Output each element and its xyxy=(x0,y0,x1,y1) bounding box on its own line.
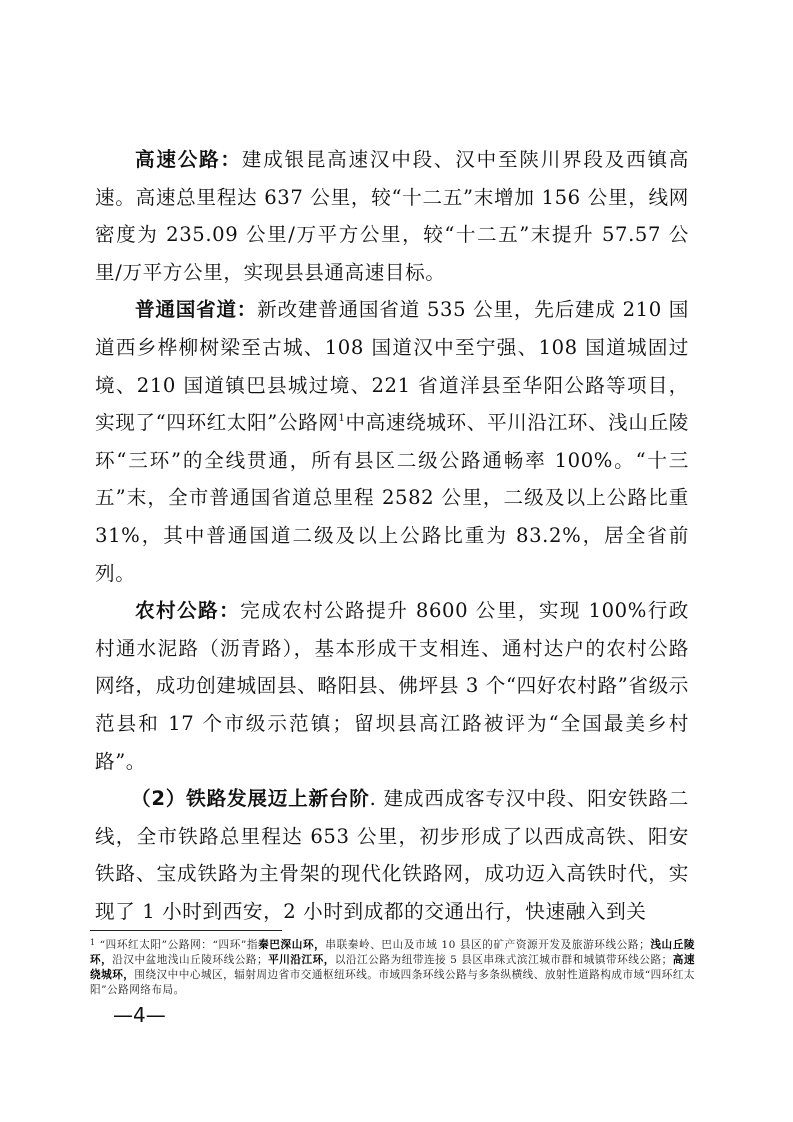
footnote-reference[interactable]: 1 xyxy=(339,413,346,424)
text-roads-part2: 中高速绕城环、平川沿江环、浅山丘陵环“三环”的全线贯通，所有县区二级公路通畅率 … xyxy=(95,411,689,584)
footnote: 1“四环红太阳”公路网：“四环”指秦巴深山环，串联秦岭、巴山及市域 10 县区的… xyxy=(90,935,695,998)
heading-national-provincial-roads: 普通国省道： xyxy=(135,298,257,321)
document-body: 高速公路：建成银昆高速汉中段、汉中至陕川界段及西镇高速。高速总里程达 637 公… xyxy=(95,141,689,930)
page-number: —4— xyxy=(113,1003,166,1027)
heading-expressway: 高速公路： xyxy=(135,148,242,171)
footnote-term-qinba: 秦巴深山环， xyxy=(258,939,325,951)
heading-rural-roads: 农村公路： xyxy=(135,599,240,622)
footnote-term-river: 平川沿江环， xyxy=(268,954,335,966)
text-rural-roads: 完成农村公路提升 8600 公里，实现 100%行政村通水泥路（沥青路），基本形… xyxy=(95,599,689,772)
footnote-text-3: 沿汉中盆地浅山丘陵环线公路； xyxy=(112,954,268,966)
footnote-text-1: “四环红太阳”公路网：“四环”指 xyxy=(100,939,259,951)
heading-railway: （2）铁路发展迈上新台阶 xyxy=(131,787,370,810)
paragraph-expressway: 高速公路：建成银昆高速汉中段、汉中至陕川界段及西镇高速。高速总里程达 637 公… xyxy=(95,141,689,291)
footnote-text-2: 串联秦岭、巴山及市域 10 县区的矿产资源开发及旅游环线公路； xyxy=(325,939,650,951)
paragraph-rural-roads: 农村公路：完成农村公路提升 8600 公里，实现 100%行政村通水泥路（沥青路… xyxy=(95,592,689,780)
paragraph-national-provincial-roads: 普通国省道：新改建普通国省道 535 公里，先后建成 210 国道西乡桦柳树梁至… xyxy=(95,291,689,592)
footnote-mark: 1 xyxy=(90,938,96,947)
footnote-divider xyxy=(90,930,282,931)
footnote-text-4: 以沿江公路为纽带连接 5 县区串珠式滨江城市群和城镇带环线公路； xyxy=(335,954,673,966)
footnote-text-5: 围绕汉中中心城区，辐射周边省市交通枢纽环线。市域四条环线公路与多条纵横线、放射性… xyxy=(90,969,695,996)
paragraph-railway: （2）铁路发展迈上新台阶. 建成西成客专汉中段、阳安铁路二线，全市铁路总里程达 … xyxy=(95,780,689,930)
